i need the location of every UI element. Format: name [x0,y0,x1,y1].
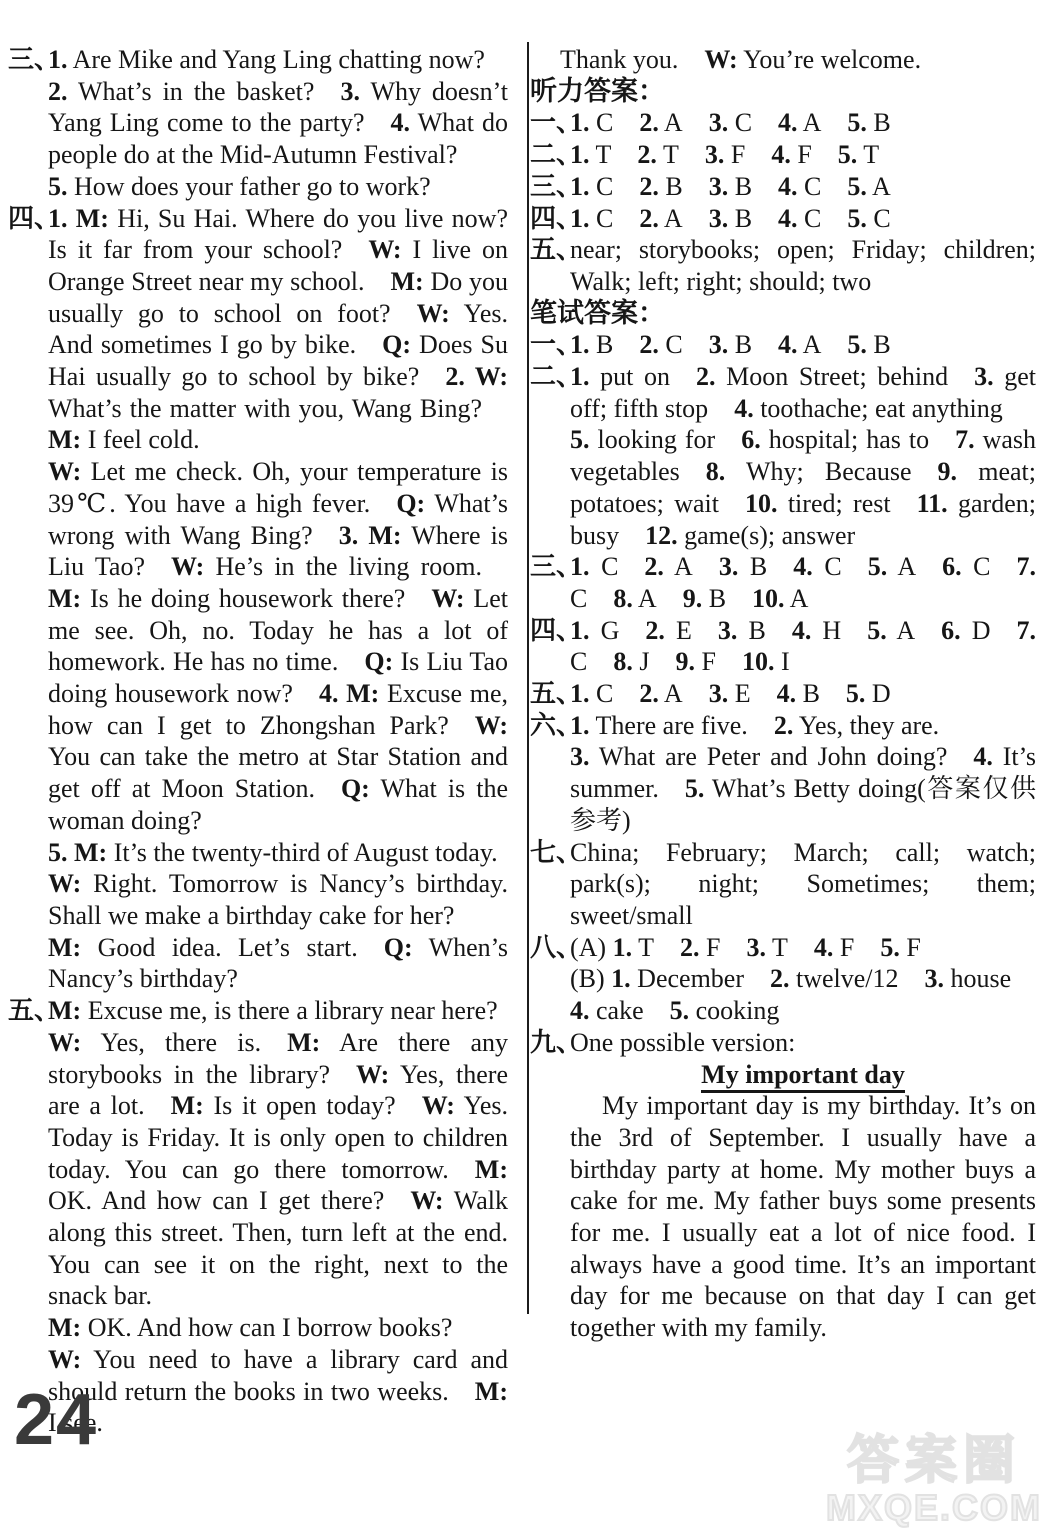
bold-run: 5. [670,996,690,1025]
section-written-8: 八、(A) 1. T 2. F 3. T 4. F 5. F(B) 1. Dec… [530,932,1036,1027]
text-run: C [962,552,1017,581]
bold-run: 8. [706,457,726,486]
text-run: E [728,679,776,708]
column-divider [527,42,529,1314]
text-run: You’re welcome. [738,45,921,74]
page-number: 24 [14,1384,98,1456]
transcript-5-paragraph-1: M: Excuse me, is there a library near he… [48,995,508,1027]
bold-run: 3. [974,362,994,391]
text-run: B [659,172,709,201]
text-run: C [590,108,640,137]
text-run: Excuse me, is there a library near here? [81,996,498,1025]
bold-run: 4. [792,616,812,645]
text-run: cake [590,996,670,1025]
text-run: C [570,647,613,676]
text-run: Are Mike and Yang Ling chatting now? [68,45,485,74]
section-marker-written-2: 二、 [530,361,582,393]
bold-run: 2. [770,964,790,993]
text-run: hospital; has to [761,425,955,454]
section-marker-written-8: 八、 [530,932,582,964]
section-listening-4: 四、1. C 2. A 3. B 4. C 5. C [530,203,1036,235]
listening-3-paragraph-1: 1. C 2. B 3. B 4. C 5. A [570,171,1036,203]
text-run: E [665,616,718,645]
watermark-site-url: MXQE.COM [826,1488,1042,1528]
text-run: A [887,552,942,581]
text-run: F [791,140,838,169]
bold-run: 5. [838,140,858,169]
bold-run: 3. [925,964,945,993]
bold-run: 6. [941,616,961,645]
bold-run: W: [417,299,450,328]
section-marker-transcript-5: 五、 [8,995,60,1027]
text-run: A [659,679,709,708]
section-marker-written-7: 七、 [530,837,582,869]
bold-run: 2. [644,552,664,581]
text-run: F [695,647,742,676]
section-marker-listening-3: 三、 [530,171,582,203]
bold-run: 10. [745,489,778,518]
text-run: C [590,552,645,581]
text-run: I feel cold. [81,425,199,454]
bold-run: M: [48,425,81,454]
bold-run: 3. [709,108,729,137]
transcript-3-paragraph-1: 1. Are Mike and Yang Ling chatting now? [48,44,508,76]
section-marker-written-6: 六、 [530,710,582,742]
listening-5-paragraph-1: near; storybooks; open; Friday; children… [570,234,1036,297]
text-run: A [659,108,709,137]
bold-run: 10. [742,647,775,676]
text-run: T [857,140,879,169]
section-listening-2: 二、1. T 2. T 3. F 4. F 5. T [530,139,1036,171]
section-marker-listening-4: 四、 [530,203,582,235]
text-run: A [633,584,683,613]
section-written-5: 五、1. C 2. A 3. E 4. B 5. D [530,678,1036,710]
text-run: Yes, there is. [81,1028,287,1057]
left-column: 三、1. Are Mike and Yang Ling chatting now… [8,44,508,1439]
watermark-answer-circle-logo: 答案圈 [826,1434,1042,1488]
section-marker-written-9: 九、 [530,1027,582,1059]
bold-run: 4. [391,108,411,137]
section-marker-listening-2: 二、 [530,139,582,171]
bold-run: 3. [719,552,739,581]
text-run: T [657,140,705,169]
bold-run: 5. M: [48,838,107,867]
bold-run: 5. [846,679,866,708]
bold-run: 3. [709,679,729,708]
text-run: December [631,964,770,993]
bold-run: 2. [639,108,659,137]
section-marker-listening-1: 一、 [530,107,582,139]
text-run: Right. Tomorrow is Nancy’s birthday. Sha… [48,869,508,930]
bold-run: 3. M: [339,521,402,550]
bold-run: 3. [709,330,729,359]
written-8-paragraph-1: (A) 1. T 2. F 3. T 4. F 5. F [570,932,1036,964]
text-run: B [867,108,891,137]
text-run: C [813,552,868,581]
section-marker-written-4: 四、 [530,615,582,647]
text-run: B [737,616,791,645]
section-listening-3: 三、1. C 2. B 3. B 4. C 5. A [530,171,1036,203]
section-written-2: 二、1. put on 2. Moon Street; behind 3. ge… [530,361,1036,551]
bold-run: 2. [639,679,659,708]
bold-run: 6. [741,425,761,454]
bold-run: 12. [645,521,678,550]
text-run: A [798,108,848,137]
text-run: Moon Street; behind [715,362,974,391]
bold-run: Q: [382,330,411,359]
bold-run: 5. [868,552,888,581]
text-run: B [738,552,793,581]
text-run: game(s); answer [678,521,856,550]
text-run: Yes, they are. [793,711,939,740]
text-run: D [961,616,1017,645]
essay-title-row: My important day [570,1059,1036,1091]
bold-run: 3. [718,616,738,645]
bold-run: 4. [814,933,834,962]
text-run: T [632,933,680,962]
bold-run: 4. [771,140,791,169]
section-transcript-3: 三、1. Are Mike and Yang Ling chatting now… [8,44,508,203]
text-run: OK. And how can I get there? [48,1186,410,1215]
text-run: My important day is my birthday. It’s on… [570,1091,1036,1342]
bold-run: 2. [680,933,700,962]
section-written-7: 七、China; February; March; call; watch; p… [530,837,1036,932]
bold-run: W: [431,584,464,613]
bold-run: 9. [938,457,958,486]
text-run: I [774,647,789,676]
section-marker-transcript-4: 四、 [8,203,60,235]
bold-run: 4. [778,108,798,137]
bold-run: W: [422,1091,455,1120]
bold-run: 6. [942,552,962,581]
written-2-paragraph-1: 1. put on 2. Moon Street; behind 3. get … [570,361,1036,424]
text-run: C [570,584,613,613]
bold-run: 3. [709,204,729,233]
bold-run: W: [48,1028,81,1057]
written-9-paragraph-1: One possible version: [570,1027,1036,1059]
bold-run: M: [48,933,81,962]
bold-run: W: [171,552,204,581]
bold-run: 3. [340,77,360,106]
bold-run: Q: [341,774,370,803]
written-4-paragraph-1: 1. G 2. E 3. B 4. H 5. A 6. D 7. C 8. J … [570,615,1036,678]
text-run: H [811,616,867,645]
bold-run: 4. [777,679,797,708]
bold-run: 1. [613,933,633,962]
bold-run: W: [410,1186,443,1215]
section-marker-written-5: 五、 [530,678,582,710]
text-run: C [867,204,891,233]
bold-run: W: [48,457,81,486]
listening-4-paragraph-1: 1. C 2. A 3. B 4. C 5. C [570,203,1036,235]
section-transcript-5: 五、M: Excuse me, is there a library near … [8,995,508,1439]
text-run: A [659,204,709,233]
written-2-paragraph-2: 5. looking for 6. hospital; has to 7. wa… [570,424,1036,551]
listening-2-paragraph-1: 1. T 2. T 3. F 4. F 5. T [570,139,1036,171]
bold-run: Q: [384,933,413,962]
bold-run: 4. [734,394,754,423]
right-column: Thank you. W: You’re welcome.听力答案：一、1. C… [530,44,1036,1344]
text-run: Is it open today? [204,1091,422,1120]
bold-run: M: [287,1028,320,1057]
text-run: What are Peter and John doing? [590,742,974,771]
text-run: twelve/12 [790,964,925,993]
bold-run: 4. [778,172,798,201]
bold-run: Q: [396,489,425,518]
bold-run: 5. [847,204,867,233]
text-run: F [724,140,771,169]
text-run: A [867,172,891,201]
bold-run: M: [48,584,81,613]
text-run: B [728,330,778,359]
bold-run: W: [704,45,737,74]
bold-run: 7. [955,425,975,454]
bold-run: 4. [778,204,798,233]
written-6-paragraph-1: 1. There are five. 2. Yes, they are. [570,710,1036,742]
text-run: One possible version: [570,1028,795,1057]
essay-body: My important day is my birthday. It’s on… [570,1090,1036,1344]
transcript-4-paragraph-2: W: Let me check. Oh, your temperature is… [48,456,508,836]
written-1-paragraph-1: 1. B 2. C 3. B 4. A 5. B [570,329,1036,361]
bold-run: 5. [685,774,705,803]
bold-run: 2. [645,616,665,645]
section-written-3: 三、1. C 2. A 3. B 4. C 5. A 6. C 7. C 8. … [530,551,1036,614]
bold-run: 8. [613,584,633,613]
bold-run: M: [171,1091,204,1120]
bold-run: 3. [570,742,590,771]
bold-run: 2. [696,362,716,391]
text-run: B [796,679,846,708]
text-run: C [798,172,848,201]
text-run: F [900,933,921,962]
bold-run: Q: [364,647,393,676]
text-run: OK. And how can I borrow books? [81,1313,452,1342]
text-run: C [590,204,640,233]
bold-run: 2. [48,77,68,106]
bold-run: 2. [637,140,657,169]
bold-run: 3. [709,172,729,201]
section-written-6: 六、1. There are five. 2. Yes, they are.3.… [530,710,1036,837]
text-run: toothache; eat anything [754,394,1003,423]
text-run: He’s in the living room. [204,552,508,581]
text-run: G [590,616,646,645]
text-run: F [700,933,747,962]
text-run: A [664,552,719,581]
bold-run: W: [48,1345,81,1374]
text-run: C [798,204,848,233]
section-marker-written-3: 三、 [530,551,582,583]
text-run: D [865,679,890,708]
listening-1-paragraph-1: 1. C 2. A 3. C 4. A 5. B [570,107,1036,139]
text-run: C [728,108,778,137]
bold-run: M: [391,267,424,296]
text-run: J [633,647,676,676]
text-run: B [590,330,640,359]
bold-run: 2. [639,330,659,359]
bold-run: 2. [774,711,794,740]
bold-run: 9. [675,647,695,676]
text-run: F [833,933,880,962]
section-marker-transcript-3: 三、 [8,44,60,76]
bold-run: W: [48,869,81,898]
written-3-paragraph-1: 1. C 2. A 3. B 4. C 5. A 6. C 7. C 8. A … [570,551,1036,614]
written-7-paragraph-1: China; February; March; call; watch; par… [570,837,1036,932]
bold-run: 4. [778,330,798,359]
text-run: B [702,584,752,613]
written-8-paragraph-3: 4. cake 5. cooking [570,995,1036,1027]
written-answers-header: 笔试答案： [530,298,1036,330]
bold-run: W: [368,235,401,264]
text-run: looking for [590,425,742,454]
dialogue-continuation: Thank you. W: You’re welcome. [530,44,1036,76]
bold-run: 5. [880,933,900,962]
text-run: China; February; March; call; watch; par… [570,838,1036,930]
bold-run: M: [475,1155,508,1184]
bold-run: W: [475,711,508,740]
text-run: There are five. [590,711,774,740]
text-run: cooking [689,996,779,1025]
bold-run: 5. [847,330,867,359]
bold-run: M: [48,1313,81,1342]
bold-run: 1. [611,964,631,993]
bold-run: 5. [867,616,887,645]
text-run: Is he doing housework there? [81,584,431,613]
text-run: What’s the matter with you, Wang Bing? [48,394,508,423]
text-run: B [728,172,778,201]
text-run: T [590,140,638,169]
section-written-9: 九、One possible version: [530,1027,1036,1059]
bold-run: 11. [917,489,948,518]
bold-run: 5. [847,172,867,201]
bold-run: 9. [683,584,703,613]
transcript-5-paragraph-2: W: Yes, there is. M: Are there any story… [48,1027,508,1312]
bold-run: 5. [847,108,867,137]
text-run: near; storybooks; open; Friday; children… [570,235,1036,296]
watermark: 答案圈 MXQE.COM [826,1434,1042,1528]
text-run: C [590,172,640,201]
text-run: You need to have a library card and shou… [48,1345,508,1406]
text-run: Thank you. [560,45,704,74]
text-run: A [798,330,848,359]
text-run: What’s in the basket? [68,77,341,106]
text-run: B [867,330,891,359]
text-run: house [944,964,1011,993]
bold-run: 2. [639,172,659,201]
transcript-4-paragraph-1: 1. M: Hi, Su Hai. Where do you live now?… [48,203,508,457]
text-run: A [887,616,941,645]
bold-run: 4. [570,996,590,1025]
section-marker-written-1: 一、 [530,329,582,361]
text-run: (B) [570,964,611,993]
bold-run: M: [475,1377,508,1406]
bold-run: 4. M: [319,679,379,708]
text-run: T [766,933,814,962]
bold-run: 5. [570,425,590,454]
bold-run: W: [356,1060,389,1089]
section-marker-listening-5: 五、 [530,234,582,266]
text-run: Why; Because [725,457,937,486]
text-run: C [590,679,640,708]
bold-run: 2. [639,204,659,233]
section-transcript-4: 四、1. M: Hi, Su Hai. Where do you live no… [8,203,508,996]
text-run: C [659,330,709,359]
bold-run: 3. [746,933,766,962]
text-run: A [785,584,809,613]
transcript-4-paragraph-4: W: Right. Tomorrow is Nancy’s birthday. … [48,868,508,931]
section-listening-5: 五、near; storybooks; open; Friday; childr… [530,234,1036,297]
bold-run: 4. [793,552,813,581]
written-6-paragraph-2: 3. What are Peter and John doing? 4. It’… [570,741,1036,836]
text-run: tired; rest [777,489,916,518]
bold-run: 5. [48,172,68,201]
transcript-5-paragraph-4: W: You need to have a library card and s… [48,1344,508,1439]
text-run: put on [590,362,696,391]
transcript-4-paragraph-5: M: Good idea. Let’s start. Q: When’s Nan… [48,932,508,995]
bold-run: 2. W: [445,362,508,391]
essay-title: My important day [701,1060,905,1093]
transcript-3-paragraph-3: 5. How does your father go to work? [48,171,508,203]
written-8-paragraph-2: (B) 1. December 2. twelve/12 3. house [570,963,1036,995]
bold-run: 7. [1017,616,1037,645]
bold-run: 3. [705,140,725,169]
text-run: It’s the twenty-third of August today. [107,838,497,867]
section-written-1: 一、1. B 2. C 3. B 4. A 5. B [530,329,1036,361]
text-run: How does your father go to work? [68,172,431,201]
transcript-5-paragraph-3: M: OK. And how can I borrow books? [48,1312,508,1344]
transcript-3-paragraph-2: 2. What’s in the basket? 3. Why doesn’t … [48,76,508,171]
answer-book-page: 三、1. Are Mike and Yang Ling chatting now… [0,0,1054,1536]
written-5-paragraph-1: 1. C 2. A 3. E 4. B 5. D [570,678,1036,710]
transcript-4-paragraph-3: 5. M: It’s the twenty-third of August to… [48,837,508,869]
bold-run: 4. [973,742,993,771]
bold-run: 8. [613,647,633,676]
listening-answers-header: 听力答案： [530,76,1036,108]
text-run: Good idea. Let’s start. [81,933,384,962]
section-written-4: 四、1. G 2. E 3. B 4. H 5. A 6. D 7. C 8. … [530,615,1036,678]
section-listening-1: 一、1. C 2. A 3. C 4. A 5. B [530,107,1036,139]
text-run: B [728,204,778,233]
bold-run: 10. [752,584,785,613]
bold-run: 7. [1017,552,1037,581]
